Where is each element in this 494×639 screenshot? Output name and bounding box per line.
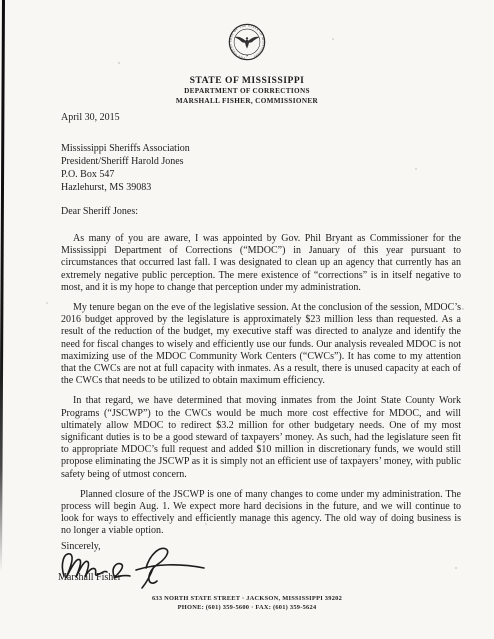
recipient-address-block: Mississippi Sheriffs Association Preside…: [61, 142, 190, 194]
letter-footer: 633 NORTH STATE STREET · JACKSON, MISSIS…: [0, 595, 494, 612]
salutation: Dear Sheriff Jones:: [61, 206, 138, 217]
body-paragraph: As many of you are aware, I was appointe…: [61, 233, 461, 294]
letter-date: April 30, 2015: [61, 112, 120, 123]
recipient-line: President/Sheriff Harold Jones: [61, 155, 190, 168]
body-paragraph: In that regard, we have determined that …: [61, 395, 461, 480]
closing-salutation: Sincerely,: [61, 541, 101, 552]
signature-typed-name: Marshall Fisher: [58, 572, 121, 583]
letterhead: STATE OF MISSISSIPPI DEPARTMENT OF CORRE…: [0, 76, 494, 105]
letterhead-department: DEPARTMENT OF CORRECTIONS: [0, 88, 494, 95]
body-paragraph: Planned closure of the JSCWP is one of m…: [61, 489, 461, 538]
eagle-icon: [235, 37, 260, 49]
svg-text:★: ★: [246, 53, 249, 57]
footer-address-line: 633 NORTH STATE STREET · JACKSON, MISSIS…: [0, 595, 494, 604]
mississippi-state-seal-icon: THE GREAT SEAL OF THE STATE OF MISSISSIP…: [228, 23, 266, 61]
footer-phone-line: PHONE: (601) 359-5600 · FAX: (601) 359-5…: [0, 604, 494, 613]
recipient-line: Mississippi Sheriffs Association: [61, 142, 190, 155]
letter-page: THE GREAT SEAL OF THE STATE OF MISSISSIP…: [0, 0, 494, 639]
recipient-line: P.O. Box 547: [61, 168, 190, 181]
scan-speckles: [0, 0, 2, 2]
body-paragraph: My tenure began on the eve of the legisl…: [61, 302, 461, 387]
letterhead-commissioner: MARSHALL FISHER, COMMISSIONER: [0, 98, 494, 105]
recipient-line: Hazlehurst, MS 39083: [61, 181, 190, 194]
letter-body: As many of you are aware, I was appointe…: [61, 233, 461, 538]
letterhead-state: STATE OF MISSISSIPPI: [0, 76, 494, 86]
